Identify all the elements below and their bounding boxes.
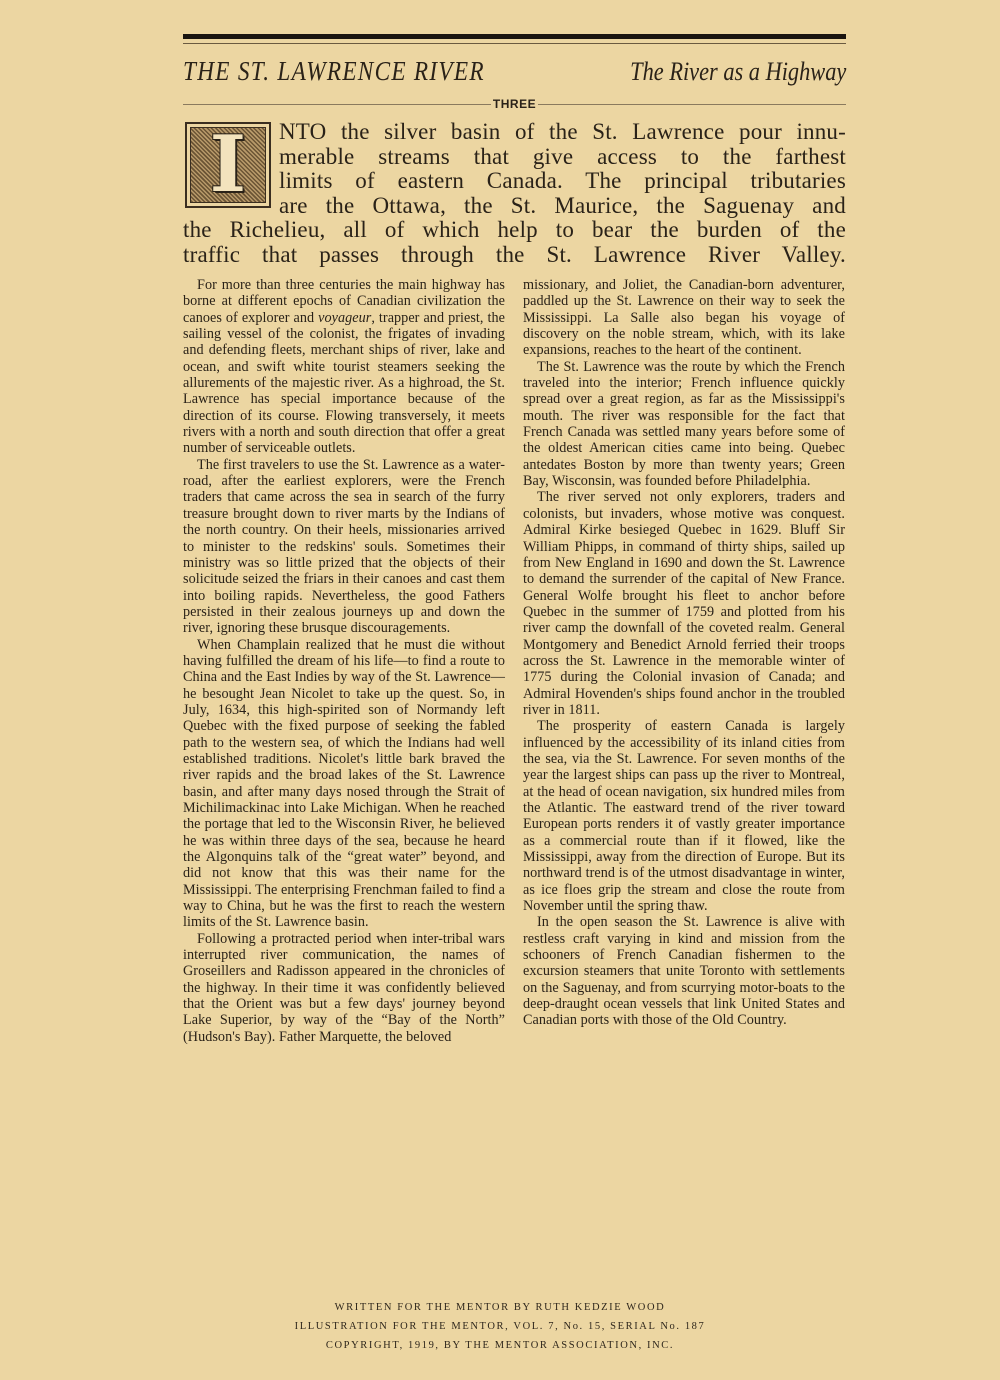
body-paragraph: The St. Lawrence was the route by which …	[523, 359, 845, 490]
right-column: missionary, and Joliet, the Canadian-bor…	[523, 277, 845, 1045]
copyright-line: COPYRIGHT, 1919, BY THE MENTOR ASSOCIATI…	[0, 1336, 1000, 1355]
body-paragraph: For more than three centuries the main h…	[183, 277, 505, 457]
intro-line: merable streams that give access to the …	[183, 145, 846, 170]
author-credit: WRITTEN FOR THE MENTOR BY RUTH KEDZIE WO…	[0, 1298, 1000, 1317]
intro-line: NTO the silver basin of the St. Lawrence…	[183, 120, 846, 145]
illustration-credit: ILLUSTRATION FOR THE MENTOR, VOL. 7, No.…	[0, 1317, 1000, 1336]
body-columns: For more than three centuries the main h…	[183, 277, 846, 1045]
article-title: THE ST. LAWRENCE RIVER	[183, 56, 485, 87]
body-paragraph: The first travelers to use the St. Law­r…	[183, 457, 505, 637]
credits-footer: WRITTEN FOR THE MENTOR BY RUTH KEDZIE WO…	[0, 1298, 1000, 1355]
divider-line-right	[538, 104, 846, 105]
intro-paragraph: I NTO the silver basin of the St. Lawren…	[183, 120, 846, 267]
body-paragraph: In the open season the St. Lawrence is a…	[523, 914, 845, 1028]
italic-term: voyageur	[318, 310, 371, 326]
paragraph-text: , trapper and priest, the sail­ing vesse…	[183, 310, 505, 457]
top-thin-rule	[183, 43, 846, 44]
intro-line: traffic that passes through the St. Lawr…	[183, 243, 846, 268]
intro-line: limits of eastern Canada. The principal …	[183, 169, 846, 194]
body-paragraph: The river served not only explorers, tra…	[523, 489, 845, 718]
divider-line-left	[183, 104, 491, 105]
intro-line: the Richelieu, all of which help to bear…	[183, 218, 846, 243]
article-page: THE ST. LAWRENCE RIVER The River as a Hi…	[183, 34, 846, 1045]
dropcap-hatched-box: I	[190, 127, 266, 203]
dropcap-initial: I	[185, 122, 271, 208]
body-paragraph: The prosperity of eastern Canada is larg…	[523, 718, 845, 914]
running-header: THE ST. LAWRENCE RIVER The River as a Hi…	[183, 56, 846, 92]
chapter-label: THREE	[491, 97, 538, 111]
article-subtitle: The River as a Highway	[630, 57, 846, 87]
body-paragraph: When Champlain realized that he must die…	[183, 637, 505, 931]
body-paragraph: Following a protracted period when inter…	[183, 931, 505, 1045]
intro-line: are the Ottawa, the St. Maurice, the Sag…	[183, 194, 846, 219]
top-thick-rule	[183, 34, 846, 39]
body-paragraph-continued: missionary, and Joliet, the Canadian-bor…	[523, 277, 845, 359]
dropcap-letter: I	[210, 126, 247, 204]
left-column: For more than three centuries the main h…	[183, 277, 505, 1045]
chapter-divider: THREE	[183, 96, 846, 112]
